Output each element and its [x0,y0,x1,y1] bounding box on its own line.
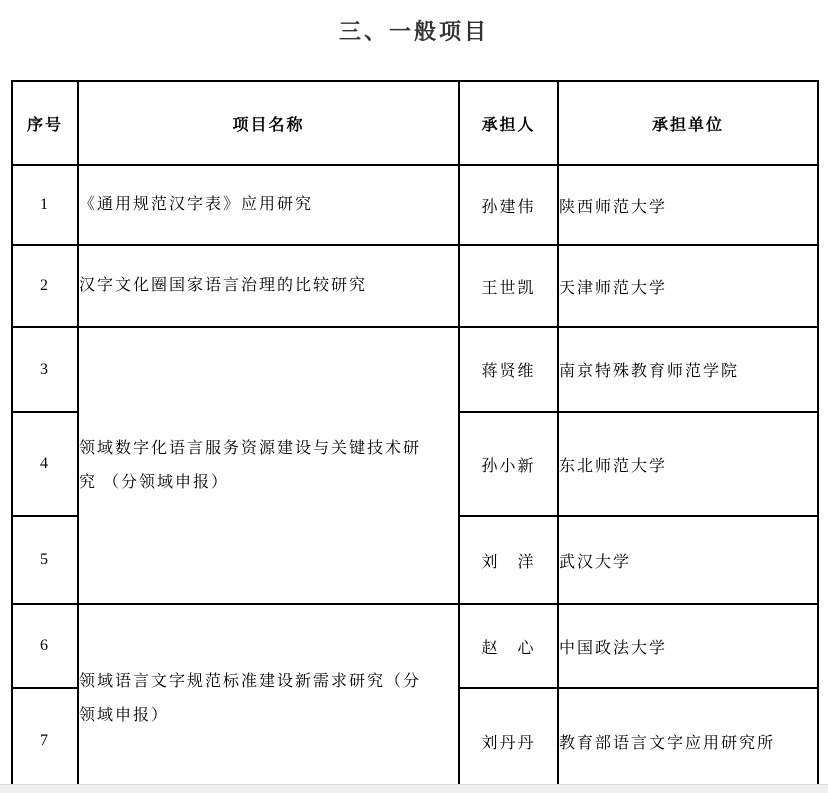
table-row-2: 2 汉字文化圈国家语言治理的比较研究 王世凯 天津师范大学 [12,245,818,327]
cell-person: 王世凯 [459,245,558,327]
header-person: 承担人 [459,81,558,165]
table-header-row: 序号 项目名称 承担人 承担单位 [12,81,818,165]
header-unit: 承担单位 [558,81,818,165]
cell-seq: 5 [12,516,78,604]
cell-seq: 6 [12,604,78,688]
cell-unit: 陕西师范大学 [558,165,818,245]
cell-seq: 1 [12,165,78,245]
header-project: 项目名称 [78,81,459,165]
projects-table: 序号 项目名称 承担人 承担单位 1 《通用规范汉字表》应用研究 孙建伟 陕西师… [11,80,819,784]
cell-unit: 教育部语言文字应用研究所 [558,688,818,784]
cell-person: 赵 心 [459,604,558,688]
cell-unit: 武汉大学 [558,516,818,604]
cell-project: 汉字文化圈国家语言治理的比较研究 [78,245,459,327]
cell-person: 孙小新 [459,412,558,516]
cell-project-merged-3-5: 领域数字化语言服务资源建设与关键技术研 究 （分领域申报） [78,327,459,604]
cell-unit: 中国政法大学 [558,604,818,688]
cell-unit: 南京特殊教育师范学院 [558,327,818,412]
cell-seq: 3 [12,327,78,412]
document-page: 三、一般项目 序号 项目名称 承担人 承担单位 1 《通用规范汉字表》应用研究 … [0,0,828,784]
cell-project-merged-6-7: 领域语言文字规范标准建设新需求研究（分 领域申报） [78,604,459,784]
cell-unit: 东北师范大学 [558,412,818,516]
table-row-6: 6 领域语言文字规范标准建设新需求研究（分 领域申报） 赵 心 中国政法大学 [12,604,818,688]
cell-project: 《通用规范汉字表》应用研究 [78,165,459,245]
table-row-3: 3 领域数字化语言服务资源建设与关键技术研 究 （分领域申报） 蒋贤维 南京特殊… [12,327,818,412]
cell-seq: 2 [12,245,78,327]
cell-unit: 天津师范大学 [558,245,818,327]
cell-person: 刘丹丹 [459,688,558,784]
cell-person: 孙建伟 [459,165,558,245]
cell-seq: 7 [12,688,78,784]
header-seq: 序号 [12,81,78,165]
page-bottom-edge [0,784,828,793]
cell-person: 蒋贤维 [459,327,558,412]
cell-seq: 4 [12,412,78,516]
cell-person: 刘 洋 [459,516,558,604]
section-title: 三、一般项目 [0,16,828,48]
table-row-1: 1 《通用规范汉字表》应用研究 孙建伟 陕西师范大学 [12,165,818,245]
